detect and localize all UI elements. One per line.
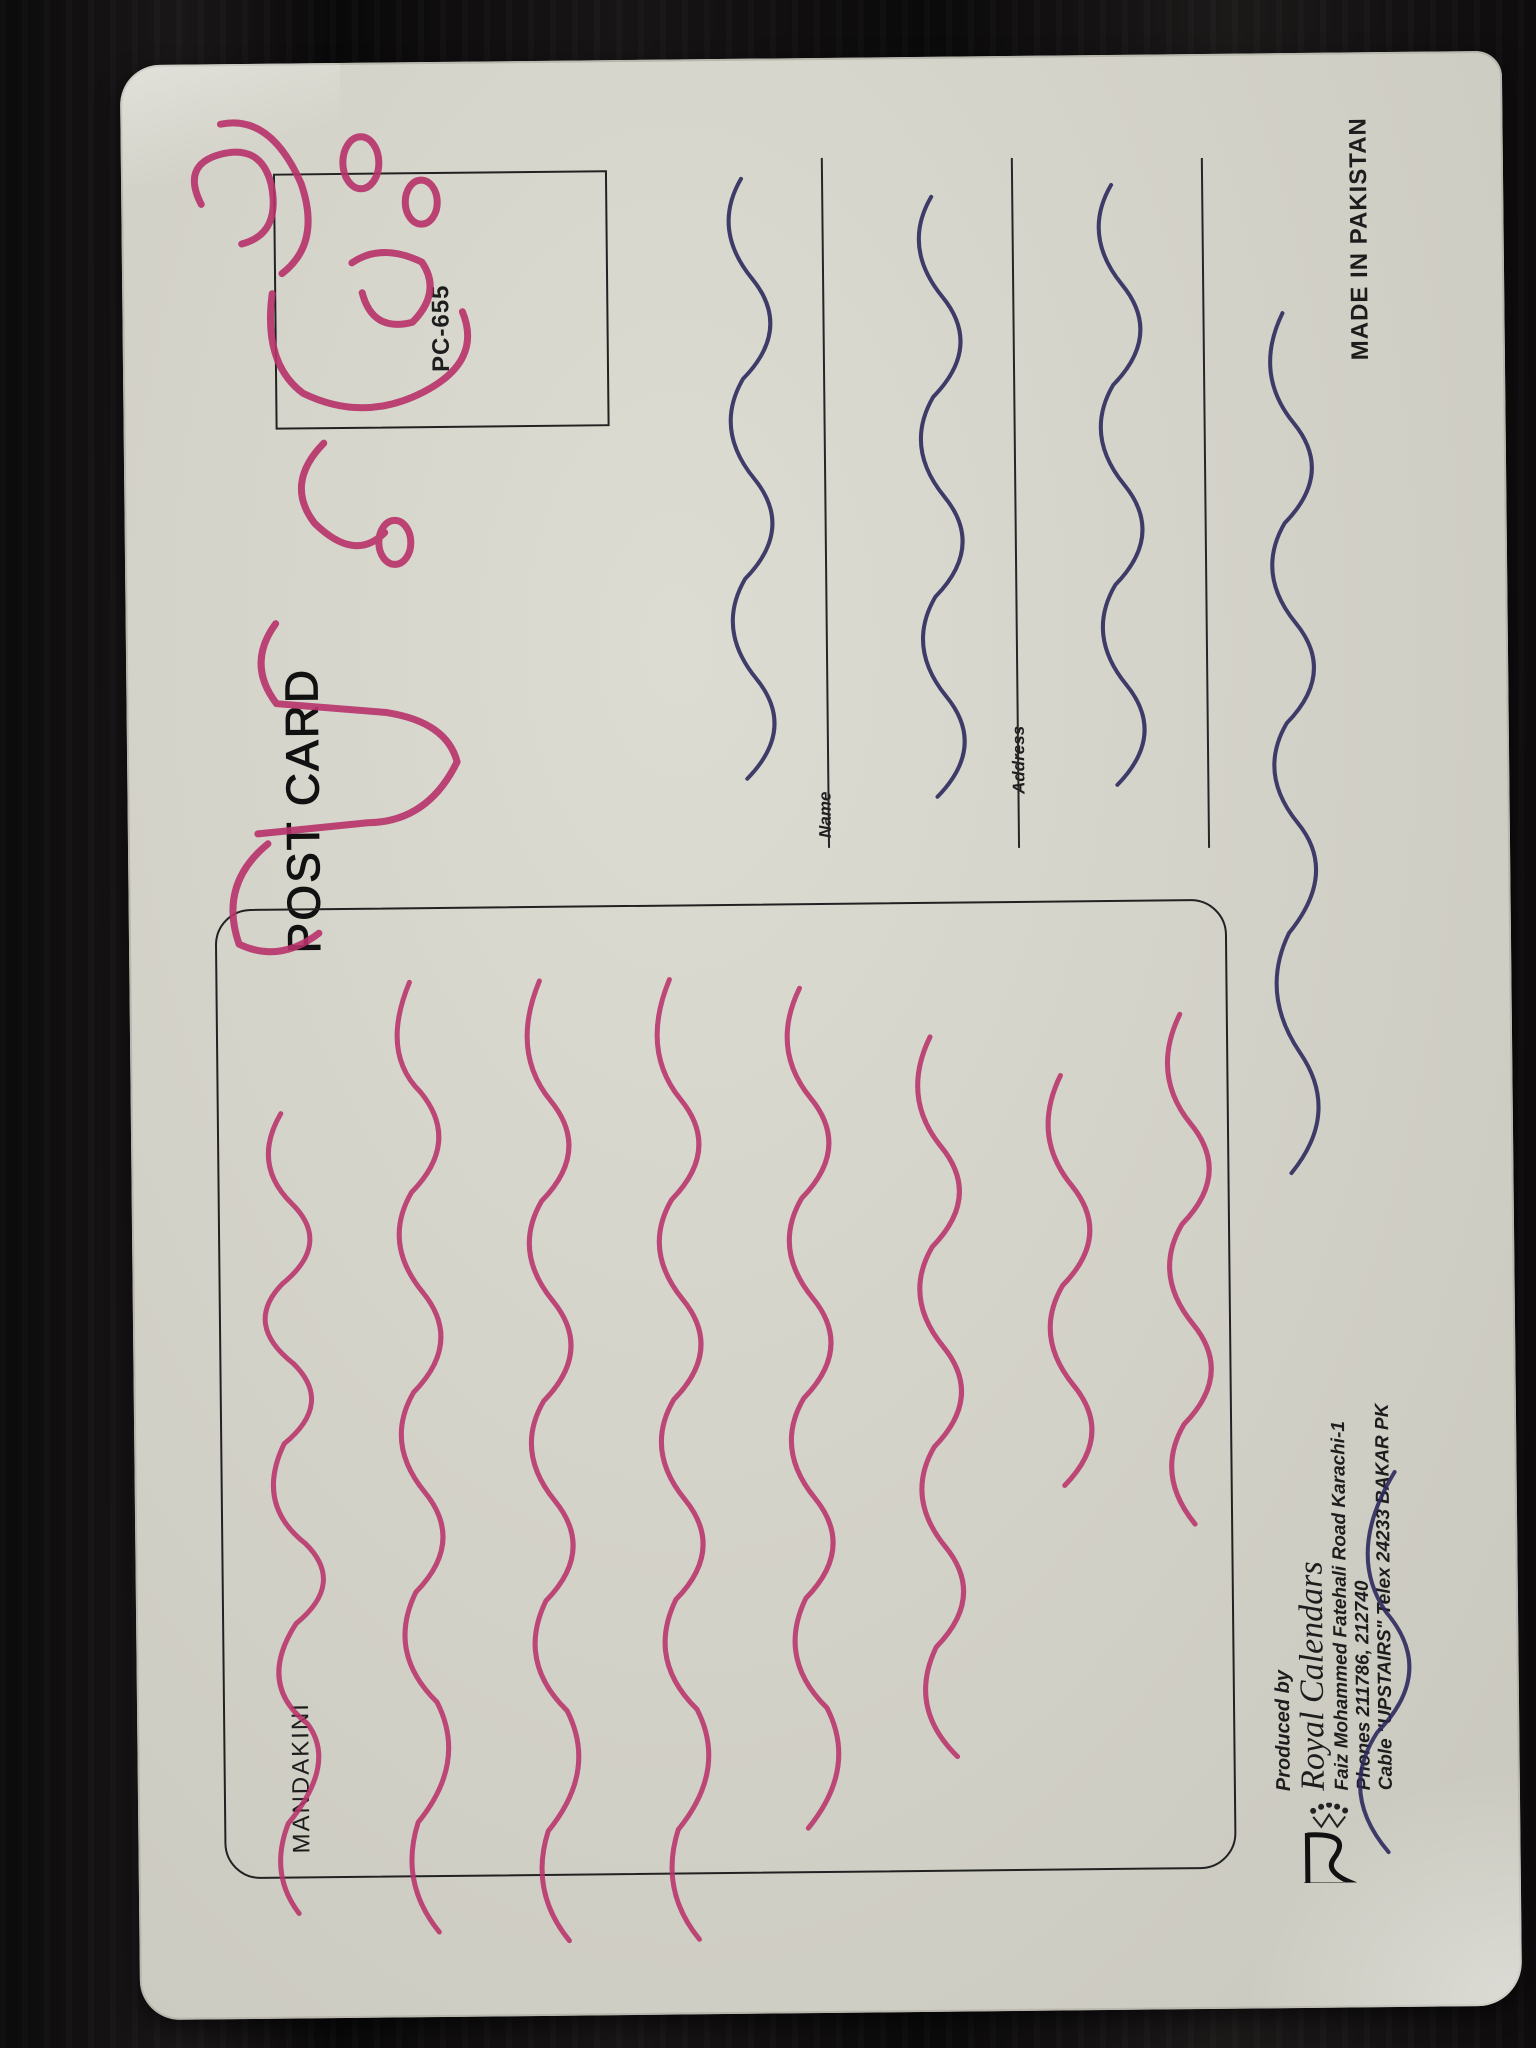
postcard: PC-655 POST CARD Name Address MADE IN PA… [120, 51, 1522, 2020]
stamp-code: PC-655 [427, 284, 456, 372]
publisher-cable-telex: Cable "UPSTAIRS" Telex 24233 BAKAR PK [1372, 1403, 1398, 1790]
series-name: MANDAKINI [287, 1702, 317, 1854]
address-line-1 [821, 158, 830, 848]
address-line-3 [1201, 158, 1210, 848]
name-label: Name [815, 792, 835, 839]
publisher-address: Faiz Mohammed Fatehali Road Karachi-1 [1328, 1404, 1354, 1791]
message-box [215, 899, 1237, 1880]
publisher-credits: Produced by Royal Calendars Faiz Mohamme… [1269, 1403, 1399, 1883]
company-name: Royal Calendars [1292, 1404, 1332, 1791]
made-in-label: MADE IN PAKISTAN [1344, 117, 1375, 360]
worn-corner-top-left [120, 63, 341, 185]
royal-calendars-logo-icon [1283, 1802, 1384, 1883]
